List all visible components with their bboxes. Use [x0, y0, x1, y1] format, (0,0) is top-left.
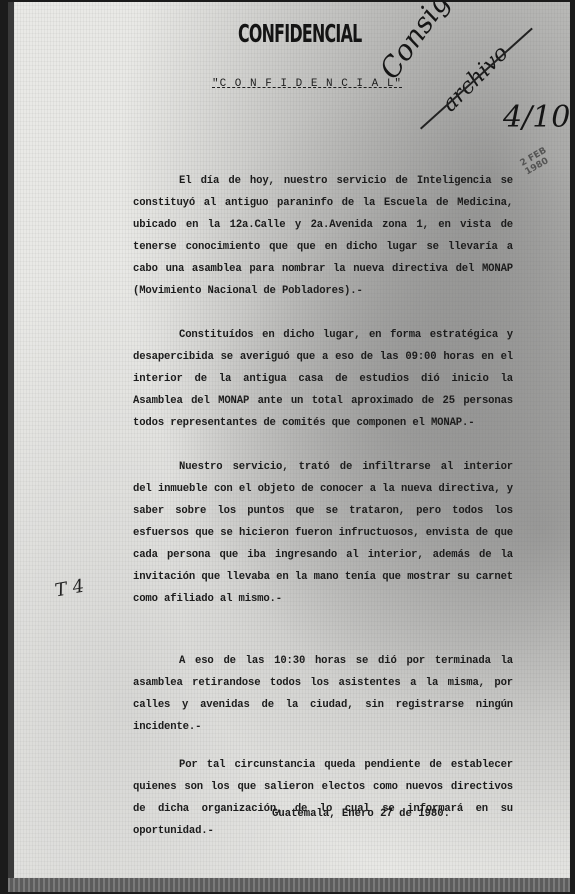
paragraph-5: Por tal circunstancia queda pendiente de…: [133, 754, 513, 842]
place-date-line: Guatemala, Enero 27 de 1980.: [272, 808, 450, 820]
page-bottom-edge: [8, 878, 570, 892]
paragraph-2: Constituídos en dicho lugar, en forma es…: [133, 324, 513, 434]
confidential-stamp: CONFIDENCIAL: [238, 20, 362, 49]
handwritten-annotation-3: 4/10: [503, 100, 570, 135]
paragraph-3: Nuestro servicio, trató de infiltrarse a…: [133, 456, 513, 610]
typed-confidential-header: "C O N F I D E N C I A L": [212, 78, 402, 90]
paragraph-1: El día de hoy, nuestro servicio de Intel…: [133, 170, 513, 302]
report-body: El día de hoy, nuestro servicio de Intel…: [133, 170, 513, 860]
typed-header-text: "C O N F I D E N C I A L": [212, 78, 402, 90]
paragraph-4: A eso de las 10:30 horas se dió por term…: [133, 650, 513, 738]
